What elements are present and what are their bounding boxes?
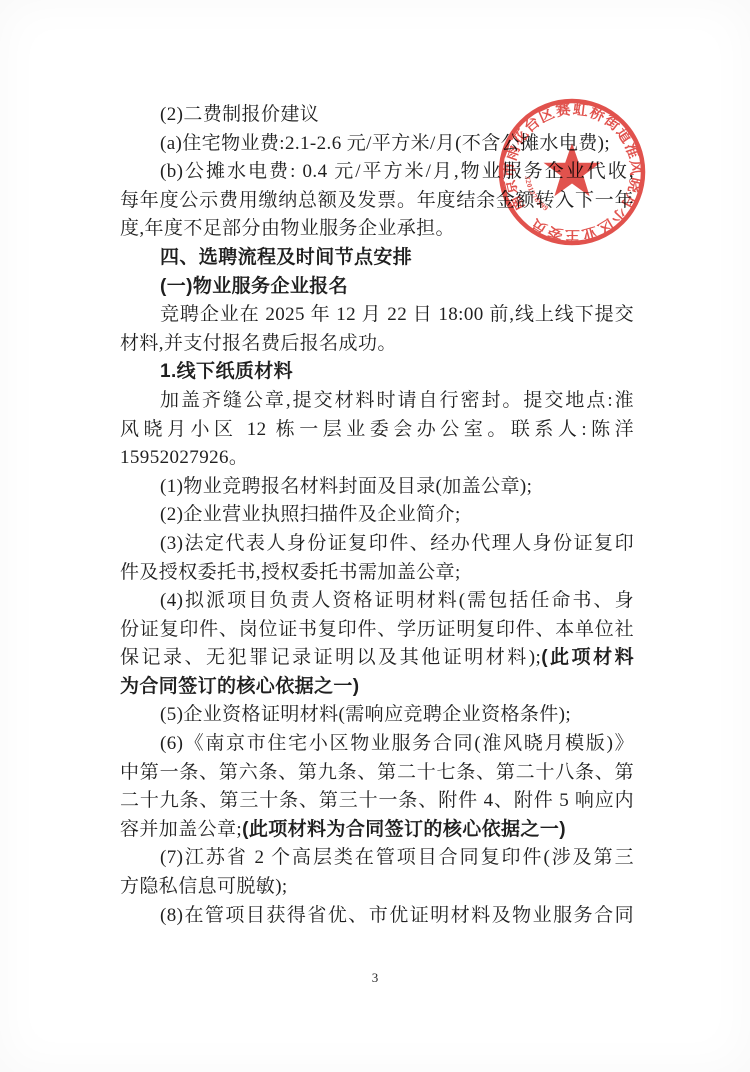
body-text: (b)公摊水电费: 0.4 元/平方米/月,物业服务企业代收, xyxy=(160,161,634,182)
body-text: 件及授权委托书,授权委托书需加盖公章; xyxy=(120,562,461,583)
document-line: (2)企业营业执照扫描件及企业简介; xyxy=(120,501,634,530)
body-text: (7)江苏省 2 个高层类在管项目合同复印件(涉及第三 xyxy=(160,847,634,868)
document-line: (8)在管项目获得省优、市优证明材料及物业服务合同 xyxy=(120,902,634,931)
emphasis-text: (一)物业服务企业报名 xyxy=(160,276,348,297)
body-text: (5)企业资格证明材料(需响应竞聘企业资格条件); xyxy=(160,704,571,725)
body-text: 每年度公示费用缴纳总额及发票。年度结余金额转入下一年 xyxy=(120,190,634,211)
document-line: 加盖齐缝公章,提交材料时请自行密封。提交地点:淮 xyxy=(120,387,634,416)
document-line: (a)住宅物业费:2.1-2.6 元/平方米/月(不含公摊水电费); xyxy=(120,130,634,159)
emphasis-text: (此项材料为合同签订的核心依据之一) xyxy=(242,819,566,840)
body-text: (3)法定代表人身份证复印件、经办代理人身份证复印 xyxy=(160,533,634,554)
document-line: 每年度公示费用缴纳总额及发票。年度结余金额转入下一年 xyxy=(120,187,634,216)
document-line: (2)二费制报价建议 xyxy=(120,101,634,130)
document-line: 度,年度不足部分由物业服务企业承担。 xyxy=(120,215,634,244)
document-page: (2)二费制报价建议(a)住宅物业费:2.1-2.6 元/平方米/月(不含公摊水… xyxy=(0,0,750,1072)
body-text: 中第一条、第六条、第九条、第二十七条、第二十八条、第 xyxy=(120,762,634,783)
document-line: (7)江苏省 2 个高层类在管项目合同复印件(涉及第三 xyxy=(120,844,634,873)
body-text: 材料,并支付报名费后报名成功。 xyxy=(120,333,397,354)
document-line: 容并加盖公章;(此项材料为合同签订的核心依据之一) xyxy=(120,816,634,845)
document-line: (6)《南京市住宅小区物业服务合同(淮风晓月模版)》 xyxy=(120,730,634,759)
body-text: 15952027926。 xyxy=(120,447,248,468)
body-text: 方隐私信息可脱敏); xyxy=(120,876,288,897)
emphasis-text: 为合同签订的核心依据之一) xyxy=(120,676,360,697)
body-text: 二十九条、第三十条、第三十一条、附件 4、附件 5 响应内 xyxy=(120,790,634,811)
body-text: 份证复印件、岗位证书复印件、学历证明复印件、本单位社 xyxy=(120,619,634,640)
document-line: 风晓月小区 12 栋一层业委会办公室。联系人:陈洋 xyxy=(120,416,634,445)
body-text: (1)物业竞聘报名材料封面及目录(加盖公章); xyxy=(160,476,532,497)
body-text: 竞聘企业在 2025 年 12 月 22 日 18:00 前,线上线下提交 xyxy=(160,304,634,325)
body-text: (2)二费制报价建议 xyxy=(160,104,319,125)
body-text: (6)《南京市住宅小区物业服务合同(淮风晓月模版)》 xyxy=(160,733,634,754)
body-text: 风晓月小区 12 栋一层业委会办公室。联系人:陈洋 xyxy=(120,419,634,440)
document-line: 二十九条、第三十条、第三十一条、附件 4、附件 5 响应内 xyxy=(120,787,634,816)
document-line: 为合同签订的核心依据之一) xyxy=(120,673,634,702)
document-line: 份证复印件、岗位证书复印件、学历证明复印件、本单位社 xyxy=(120,616,634,645)
document-line: (5)企业资格证明材料(需响应竞聘企业资格条件); xyxy=(120,701,634,730)
document-line: 方隐私信息可脱敏); xyxy=(120,873,634,902)
document-line: (1)物业竞聘报名材料封面及目录(加盖公章); xyxy=(120,473,634,502)
body-text: 度,年度不足部分由物业服务企业承担。 xyxy=(120,218,455,239)
document-line: 15952027926。 xyxy=(120,444,634,473)
document-body: (2)二费制报价建议(a)住宅物业费:2.1-2.6 元/平方米/月(不含公摊水… xyxy=(120,101,634,930)
document-line: 竞聘企业在 2025 年 12 月 22 日 18:00 前,线上线下提交 xyxy=(120,301,634,330)
page-number: 3 xyxy=(0,970,750,986)
emphasis-text: 四、选聘流程及时间节点安排 xyxy=(160,247,412,268)
body-text: (a)住宅物业费:2.1-2.6 元/平方米/月(不含公摊水电费); xyxy=(160,133,610,154)
body-text: 容并加盖公章; xyxy=(120,819,242,840)
emphasis-text: (此项材料 xyxy=(541,647,634,668)
body-text: 保记录、无犯罪记录证明以及其他证明材料); xyxy=(120,647,541,668)
body-text: (8)在管项目获得省优、市优证明材料及物业服务合同 xyxy=(160,905,634,926)
document-line: 中第一条、第六条、第九条、第二十七条、第二十八条、第 xyxy=(120,759,634,788)
body-text: (4)拟派项目负责人资格证明材料(需包括任命书、身 xyxy=(160,590,634,611)
heading-line: 四、选聘流程及时间节点安排 xyxy=(120,244,634,273)
emphasis-text: 1.线下纸质材料 xyxy=(160,361,293,382)
document-line: 材料,并支付报名费后报名成功。 xyxy=(120,330,634,359)
heading-line: 1.线下纸质材料 xyxy=(120,358,634,387)
document-line: (b)公摊水电费: 0.4 元/平方米/月,物业服务企业代收, xyxy=(120,158,634,187)
document-line: (3)法定代表人身份证复印件、经办代理人身份证复印 xyxy=(120,530,634,559)
document-line: 件及授权委托书,授权委托书需加盖公章; xyxy=(120,559,634,588)
body-text: (2)企业营业执照扫描件及企业简介; xyxy=(160,504,461,525)
body-text: 加盖齐缝公章,提交材料时请自行密封。提交地点:淮 xyxy=(160,390,634,411)
document-line: 保记录、无犯罪记录证明以及其他证明材料);(此项材料 xyxy=(120,644,634,673)
document-line: (4)拟派项目负责人资格证明材料(需包括任命书、身 xyxy=(120,587,634,616)
heading-line: (一)物业服务企业报名 xyxy=(120,273,634,302)
